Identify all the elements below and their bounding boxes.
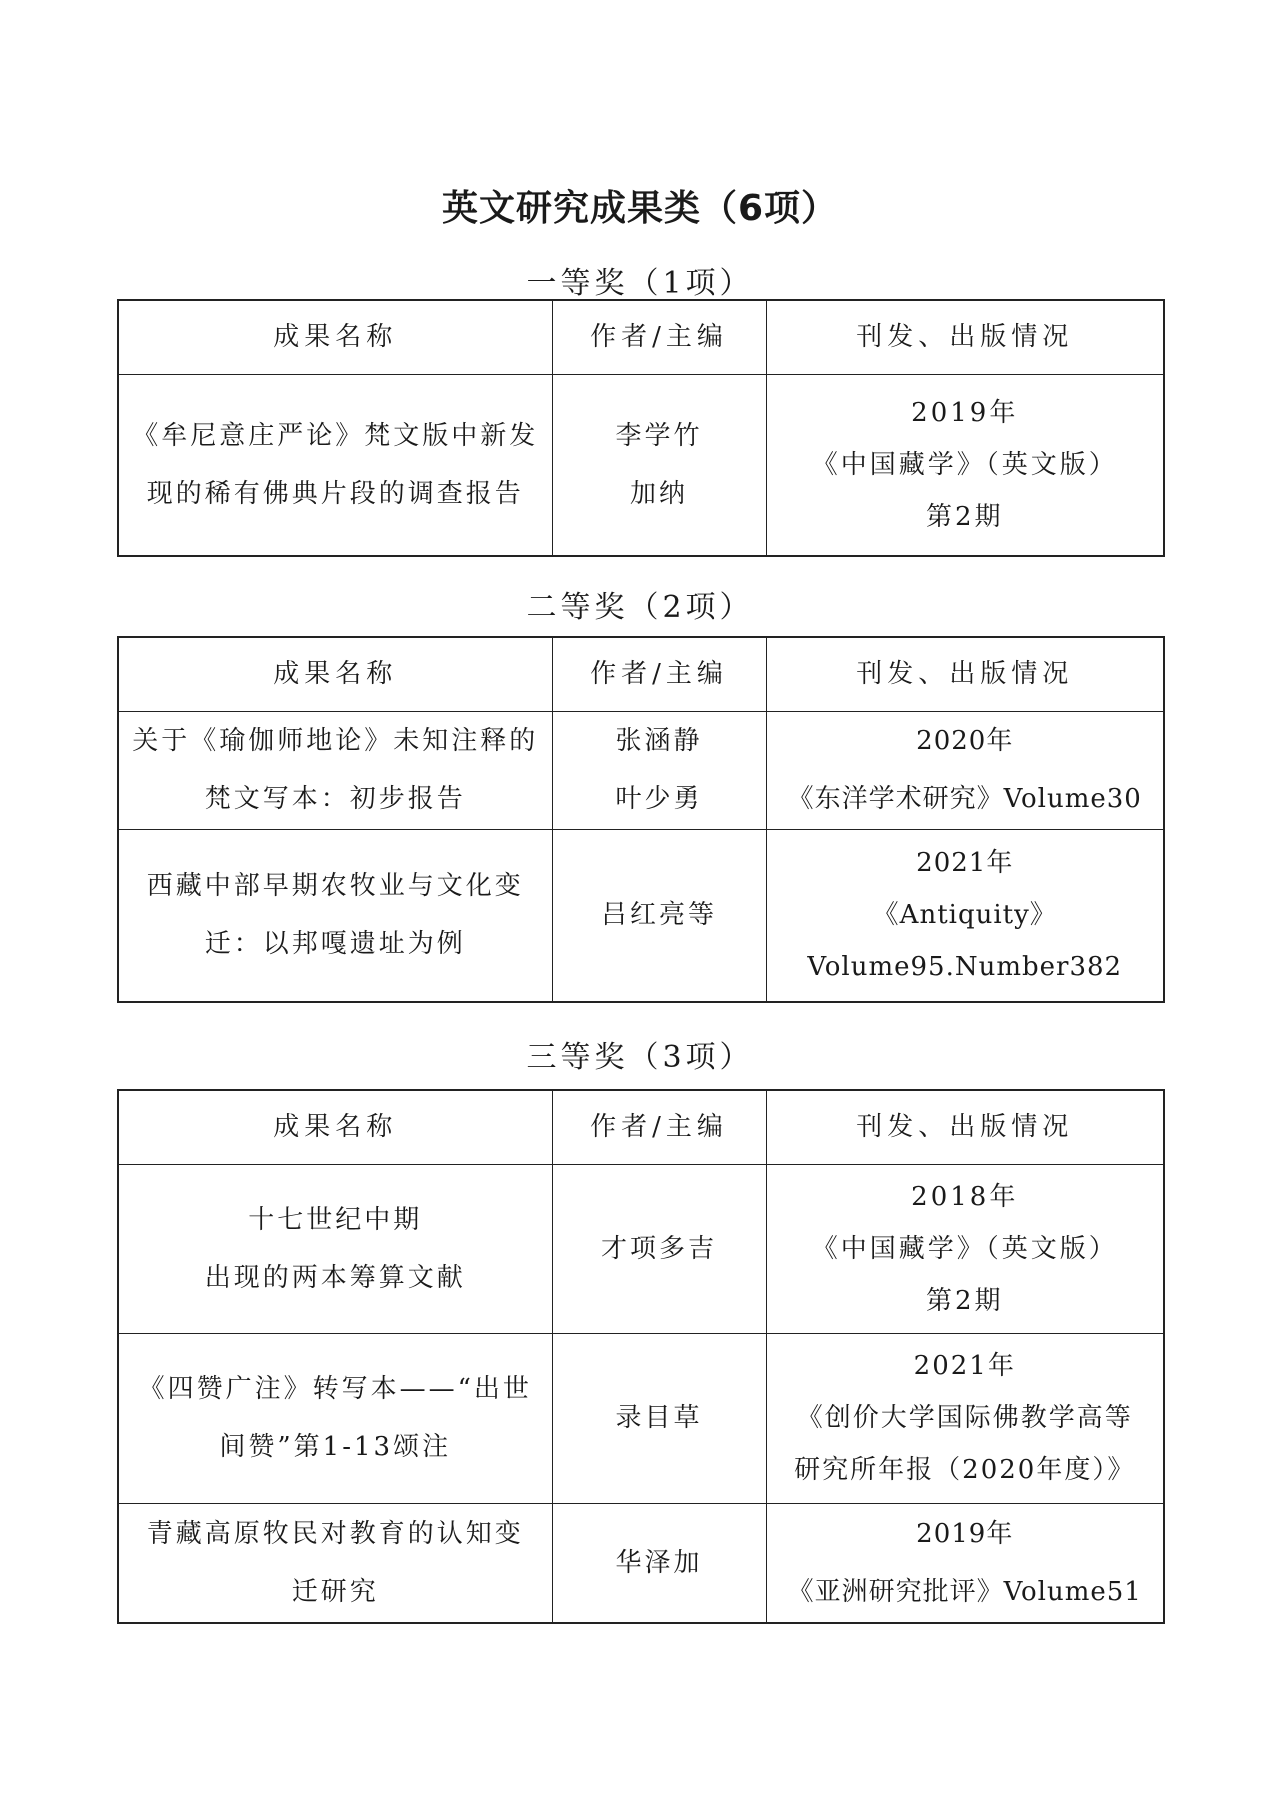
column-header-author: 作者/主编 bbox=[552, 637, 766, 711]
author-cell: 才项多吉 bbox=[552, 1164, 766, 1333]
publication-line: 第2期 bbox=[777, 1275, 1154, 1327]
name-line: 迁研究 bbox=[129, 1563, 542, 1621]
publication-cell: 2019年 《中国藏学》（英文版） 第2期 bbox=[766, 374, 1164, 556]
table-row: 关于《瑜伽师地论》未知注释的 梵文写本：初步报告 张涵静 叶少勇 2020年 《… bbox=[118, 711, 1164, 829]
achievement-name-cell: 《牟尼意庄严论》梵文版中新发 现的稀有佛典片段的调查报告 bbox=[118, 374, 552, 556]
author-line: 李学竹 bbox=[563, 407, 756, 465]
table-row: 青藏高原牧民对教育的认知变 迁研究 华泽加 2019年 《亚洲研究批评》Volu… bbox=[118, 1503, 1164, 1623]
table-row: 《牟尼意庄严论》梵文版中新发 现的稀有佛典片段的调查报告 李学竹 加纳 2019… bbox=[118, 374, 1164, 556]
publication-line: 2020年 bbox=[777, 712, 1154, 770]
table-header-row: 成果名称 作者/主编 刊发、出版情况 bbox=[118, 1090, 1164, 1164]
third-prize-table: 成果名称 作者/主编 刊发、出版情况 十七世纪中期 出现的两本筹算文献 才项多吉… bbox=[117, 1089, 1165, 1624]
column-header-name: 成果名称 bbox=[118, 1090, 552, 1164]
name-line: 迁：以邦嘎遗址为例 bbox=[129, 915, 542, 973]
publication-line: 《亚洲研究批评》Volume51 bbox=[777, 1563, 1154, 1621]
author-line: 录目草 bbox=[563, 1389, 756, 1447]
author-cell: 华泽加 bbox=[552, 1503, 766, 1623]
achievement-name-cell: 青藏高原牧民对教育的认知变 迁研究 bbox=[118, 1503, 552, 1623]
author-line: 加纳 bbox=[563, 465, 756, 523]
author-line: 吕红亮等 bbox=[563, 886, 756, 944]
achievement-name-cell: 《四赞广注》转写本——“出世 间赞”第1-13颂注 bbox=[118, 1333, 552, 1503]
author-cell: 吕红亮等 bbox=[552, 829, 766, 1002]
publication-cell: 2020年 《东洋学术研究》Volume30 bbox=[766, 711, 1164, 829]
achievement-name-cell: 十七世纪中期 出现的两本筹算文献 bbox=[118, 1164, 552, 1333]
name-line: 西藏中部早期农牧业与文化变 bbox=[129, 857, 542, 915]
column-header-author: 作者/主编 bbox=[552, 1090, 766, 1164]
column-header-publication: 刊发、出版情况 bbox=[766, 637, 1164, 711]
column-header-author: 作者/主编 bbox=[552, 300, 766, 374]
publication-line: 《中国藏学》（英文版） bbox=[777, 1223, 1154, 1275]
column-header-name: 成果名称 bbox=[118, 637, 552, 711]
author-cell: 李学竹 加纳 bbox=[552, 374, 766, 556]
achievement-name-cell: 关于《瑜伽师地论》未知注释的 梵文写本：初步报告 bbox=[118, 711, 552, 829]
publication-line: 2019年 bbox=[777, 387, 1154, 439]
author-line: 张涵静 bbox=[563, 712, 756, 770]
column-header-name: 成果名称 bbox=[118, 300, 552, 374]
table-row: 《四赞广注》转写本——“出世 间赞”第1-13颂注 录目草 2021年 《创价大… bbox=[118, 1333, 1164, 1503]
table-row: 十七世纪中期 出现的两本筹算文献 才项多吉 2018年 《中国藏学》（英文版） … bbox=[118, 1164, 1164, 1333]
author-line: 叶少勇 bbox=[563, 770, 756, 828]
table-header-row: 成果名称 作者/主编 刊发、出版情况 bbox=[118, 637, 1164, 711]
name-line: 间赞”第1-13颂注 bbox=[129, 1418, 542, 1476]
section-heading-third-prize: 三等奖（3项） bbox=[0, 1032, 1280, 1076]
name-line: 现的稀有佛典片段的调查报告 bbox=[129, 465, 542, 523]
publication-line: 《Antiquity》 bbox=[777, 889, 1154, 941]
publication-line: 2021年 bbox=[777, 1340, 1154, 1392]
publication-cell: 2019年 《亚洲研究批评》Volume51 bbox=[766, 1503, 1164, 1623]
section-heading-first-prize: 一等奖（1项） bbox=[0, 258, 1280, 302]
publication-cell: 2021年 《创价大学国际佛教学高等 研究所年报（2020年度）》 bbox=[766, 1333, 1164, 1503]
publication-line: 研究所年报（2020年度）》 bbox=[777, 1444, 1154, 1496]
author-line: 才项多吉 bbox=[563, 1220, 756, 1278]
name-line: 《牟尼意庄严论》梵文版中新发 bbox=[129, 407, 542, 465]
first-prize-table: 成果名称 作者/主编 刊发、出版情况 《牟尼意庄严论》梵文版中新发 现的稀有佛典… bbox=[117, 299, 1165, 557]
column-header-publication: 刊发、出版情况 bbox=[766, 300, 1164, 374]
column-header-publication: 刊发、出版情况 bbox=[766, 1090, 1164, 1164]
publication-line: 2019年 bbox=[777, 1505, 1154, 1563]
publication-line: 2018年 bbox=[777, 1171, 1154, 1223]
publication-cell: 2021年 《Antiquity》 Volume95.Number382 bbox=[766, 829, 1164, 1002]
author-cell: 张涵静 叶少勇 bbox=[552, 711, 766, 829]
table-header-row: 成果名称 作者/主编 刊发、出版情况 bbox=[118, 300, 1164, 374]
publication-line: 《中国藏学》（英文版） bbox=[777, 439, 1154, 491]
author-line: 华泽加 bbox=[563, 1534, 756, 1592]
publication-line: 《创价大学国际佛教学高等 bbox=[777, 1392, 1154, 1444]
publication-line: 2021年 bbox=[777, 837, 1154, 889]
name-line: 十七世纪中期 bbox=[129, 1191, 542, 1249]
author-cell: 录目草 bbox=[552, 1333, 766, 1503]
publication-line: 第2期 bbox=[777, 491, 1154, 543]
publication-line: Volume95.Number382 bbox=[777, 941, 1154, 993]
achievement-name-cell: 西藏中部早期农牧业与文化变 迁：以邦嘎遗址为例 bbox=[118, 829, 552, 1002]
name-line: 关于《瑜伽师地论》未知注释的 bbox=[129, 712, 542, 770]
second-prize-table: 成果名称 作者/主编 刊发、出版情况 关于《瑜伽师地论》未知注释的 梵文写本：初… bbox=[117, 636, 1165, 1003]
name-line: 出现的两本筹算文献 bbox=[129, 1249, 542, 1307]
publication-cell: 2018年 《中国藏学》（英文版） 第2期 bbox=[766, 1164, 1164, 1333]
name-line: 梵文写本：初步报告 bbox=[129, 770, 542, 828]
table-row: 西藏中部早期农牧业与文化变 迁：以邦嘎遗址为例 吕红亮等 2021年 《Anti… bbox=[118, 829, 1164, 1002]
name-line: 青藏高原牧民对教育的认知变 bbox=[129, 1505, 542, 1563]
page-title: 英文研究成果类（6项） bbox=[0, 180, 1280, 231]
section-heading-second-prize: 二等奖（2项） bbox=[0, 582, 1280, 626]
name-line: 《四赞广注》转写本——“出世 bbox=[129, 1360, 542, 1418]
publication-line: 《东洋学术研究》Volume30 bbox=[777, 770, 1154, 828]
